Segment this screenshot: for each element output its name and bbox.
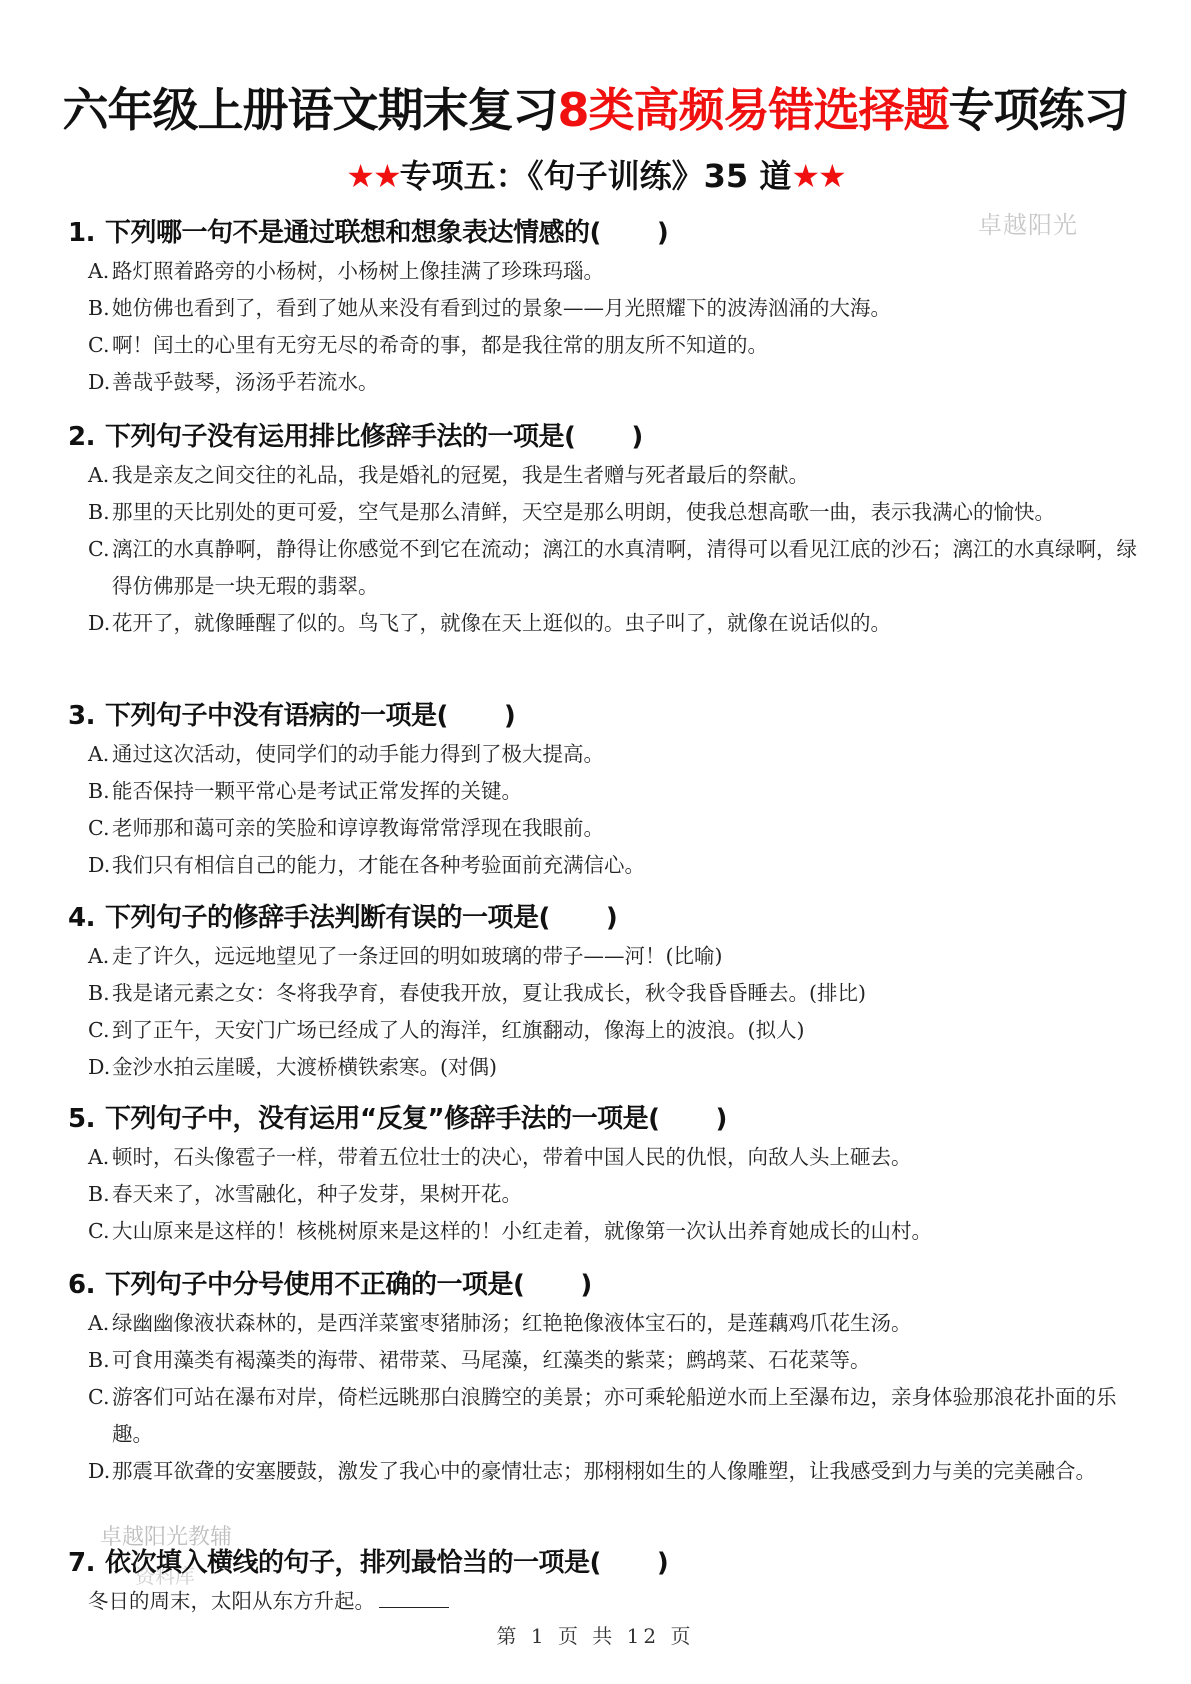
option-d: D.金沙水拍云崖暖，大渡桥横铁索寒。(对偶) [68,1049,1148,1086]
option-a: A.绿幽幽像液状森林的，是西洋菜蜜枣猪肺汤；红艳艳像液体宝石的，是莲藕鸡爪花生汤… [68,1305,1148,1342]
option-a: A.通过这次活动，使同学们的动手能力得到了极大提高。 [68,736,1148,773]
option-c: C.大山原来是这样的！核桃树原来是这样的！小红走着，就像第一次认出养育她成长的山… [68,1213,1148,1250]
option-b: B.她仿佛也看到了，看到了她从来没有看到过的景象——月光照耀下的波涛汹涌的大海。 [68,290,1148,327]
question-4: 4.下列句子的修辞手法判断有误的一项是() A.走了许久，远远地望见了一条迂回的… [68,898,1148,1086]
question-stem: 4.下列句子的修辞手法判断有误的一项是() [68,898,1148,938]
document-page: 六年级上册语文期末复习8类高频易错选择题专项练习 ★★专项五：《句子训练》35 … [0,0,1191,1684]
option-c: C.漓江的水真静啊，静得让你感觉不到它在流动；漓江的水真清啊，清得可以看见江底的… [68,531,1148,605]
question-1: 1.下列哪一句不是通过联想和想象表达情感的() A.路灯照着路旁的小杨树，小杨树… [68,213,1148,401]
option-d: D.我们只有相信自己的能力，才能在各种考验面前充满信心。 [68,847,1148,884]
subtitle-text: 专项五：《句子训练》35 道 [400,157,792,195]
page-subtitle: ★★专项五：《句子训练》35 道★★ [0,152,1191,200]
page-number: 第 1 页 共 12 页 [0,1620,1191,1649]
option-c: C.游客们可站在瀑布对岸，倚栏远眺那白浪腾空的美景；亦可乘轮船逆水而上至瀑布边，… [68,1379,1148,1453]
question-stem: 6.下列句子中分号使用不正确的一项是() [68,1265,1148,1305]
option-d: D.那震耳欲聋的安塞腰鼓，激发了我心中的豪情壮志；那栩栩如生的人像雕塑，让我感受… [68,1453,1148,1490]
question-5: 5.下列句子中，没有运用“反复”修辞手法的一项是() A.顿时，石头像雹子一样，… [68,1099,1148,1250]
option-b: B.我是诸元素之女：冬将我孕育，春使我开放，夏让我成长，秋令我昏昏睡去。(排比) [68,975,1148,1012]
question-3: 3.下列句子中没有语病的一项是() A.通过这次活动，使同学们的动手能力得到了极… [68,696,1148,884]
title-part-3: 专项练习 [949,83,1129,137]
question-6: 6.下列句子中分号使用不正确的一项是() A.绿幽幽像液状森林的，是西洋菜蜜枣猪… [68,1265,1148,1490]
option-b: B.能否保持一颗平常心是考试正常发挥的关键。 [68,773,1148,810]
question-stem: 5.下列句子中，没有运用“反复”修辞手法的一项是() [68,1099,1148,1139]
question-stem: 7.依次填入横线的句子，排列最恰当的一项是() [68,1543,1148,1583]
option-c: C.啊！闰土的心里有无穷无尽的希奇的事，都是我往常的朋友所不知道的。 [68,327,1148,364]
option-c: C.老师那和蔼可亲的笑脸和谆谆教诲常常浮现在我眼前。 [68,810,1148,847]
option-c: C.到了正午，天安门广场已经成了人的海洋，红旗翻动，像海上的波浪。(拟人) [68,1012,1148,1049]
star-icon: ★★ [346,157,399,195]
question-7: 7.依次填入横线的句子，排列最恰当的一项是() 冬日的周末，太阳从东方升起。 [68,1543,1148,1620]
option-d: D.花开了，就像睡醒了似的。鸟飞了，就像在天上逛似的。虫子叫了，就像在说话似的。 [68,605,1148,642]
option-a: A.顿时，石头像雹子一样，带着五位壮士的决心，带着中国人民的仇恨，向敌人头上砸去… [68,1139,1148,1176]
title-highlight: 8类高频易错选择题 [557,83,948,137]
option-b: B.春天来了，冰雪融化，种子发芽，果树开花。 [68,1176,1148,1213]
title-part-1: 六年级上册语文期末复习 [62,83,557,137]
option-a: A.走了许久，远远地望见了一条迂回的明如玻璃的带子——河！(比喻) [68,938,1148,975]
option-b: B.可食用藻类有褐藻类的海带、裙带菜、马尾藻，红藻类的紫菜；鹧鸪菜、石花菜等。 [68,1342,1148,1379]
page-title: 六年级上册语文期末复习8类高频易错选择题专项练习 [0,80,1191,140]
question-stem: 3.下列句子中没有语病的一项是() [68,696,1148,736]
fill-blank-line [379,1587,449,1608]
question-2: 2.下列句子没有运用排比修辞手法的一项是() A.我是亲友之间交往的礼品，我是婚… [68,417,1148,642]
question-stem: 2.下列句子没有运用排比修辞手法的一项是() [68,417,1148,457]
option-d: D.善哉乎鼓琴，汤汤乎若流水。 [68,364,1148,401]
star-icon: ★★ [791,157,844,195]
option-a: A.我是亲友之间交往的礼品，我是婚礼的冠冕，我是生者赠与死者最后的祭献。 [68,457,1148,494]
question-stem: 1.下列哪一句不是通过联想和想象表达情感的() [68,213,1148,253]
option-b: B.那里的天比别处的更可爱，空气是那么清鲜，天空是那么明朗，使我总想高歌一曲，表… [68,494,1148,531]
question-passage: 冬日的周末，太阳从东方升起。 [68,1583,1148,1620]
option-a: A.路灯照着路旁的小杨树，小杨树上像挂满了珍珠玛瑙。 [68,253,1148,290]
